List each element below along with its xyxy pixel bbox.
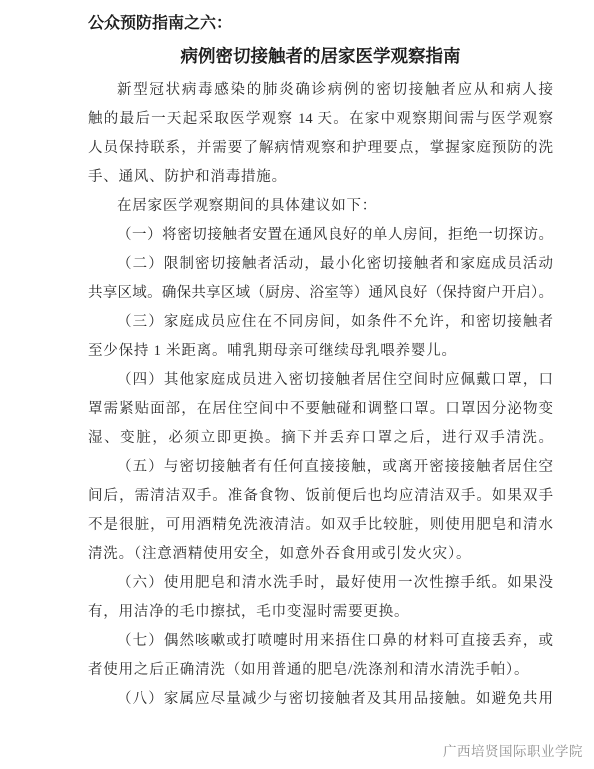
text-line: （三）家庭成员应住在不同房间，如条件不允许，和密切接触者 (88, 308, 553, 337)
guide-series-heading: 公众预防指南之六： (88, 15, 553, 33)
text-line: 间后，需清洁双手。准备食物、饭前便后也均应清洁双手。如果双手 (88, 482, 553, 511)
text-line: 触的最后一天起采取医学观察 14 天。在家中观察期间需与医学观察 (88, 105, 553, 134)
text-line: （七）偶然咳嗽或打喷嚏时用来捂住口鼻的材料可直接丢弃，或 (88, 627, 553, 656)
text-line: 罩需紧贴面部，在居住空间中不要触碰和调整口罩。口罩因分泌物变 (88, 395, 553, 424)
text-line: 有，用洁净的毛巾擦拭，毛巾变湿时需要更换。 (88, 598, 553, 627)
text-line: 清洗。（注意酒精使用安全，如意外吞食用或引发火灾）。 (88, 540, 553, 569)
text-line: 不是很脏，可用酒精免洗液清洁。如双手比较脏，则使用肥皂和清水 (88, 511, 553, 540)
watermark: 广西培贤国际职业学院 (443, 740, 583, 760)
text-line: （八）家属应尽量减少与密切接触者及其用品接触。如避免共用 (88, 685, 553, 714)
document-body: 新型冠状病毒感染的肺炎确诊病例的密切接触者应从和病人接触的最后一天起采取医学观察… (88, 76, 553, 714)
text-line: （一）将密切接触者安置在通风良好的单人房间，拒绝一切探访。 (88, 221, 553, 250)
text-line: 湿、变脏，必须立即更换。摘下并丢弃口罩之后，进行双手清洗。 (88, 424, 553, 453)
text-line: 至少保持 1 米距离。哺乳期母亲可继续母乳喂养婴儿。 (88, 337, 553, 366)
text-line: （六）使用肥皂和清水洗手时，最好使用一次性擦手纸。如果没 (88, 569, 553, 598)
text-line: （五）与密切接触者有任何直接接触，或离开密接接触者居住空 (88, 453, 553, 482)
text-line: 新型冠状病毒感染的肺炎确诊病例的密切接触者应从和病人接 (88, 76, 553, 105)
document-page: 公众预防指南之六： 病例密切接触者的居家医学观察指南 新型冠状病毒感染的肺炎确诊… (0, 0, 594, 769)
text-line: 共享区域。确保共享区域（厨房、浴室等）通风良好（保持窗户开启）。 (88, 279, 553, 308)
text-line: 手、通风、防护和消毒措施。 (88, 163, 553, 192)
document-content: 公众预防指南之六： 病例密切接触者的居家医学观察指南 新型冠状病毒感染的肺炎确诊… (88, 0, 553, 714)
text-line: （四）其他家庭成员进入密切接触者居住空间时应佩戴口罩，口 (88, 366, 553, 395)
document-title: 病例密切接触者的居家医学观察指南 (88, 47, 553, 66)
text-line: 在居家医学观察期间的具体建议如下： (88, 192, 553, 221)
text-line: （二）限制密切接触者活动，最小化密切接触者和家庭成员活动 (88, 250, 553, 279)
text-line: 者使用之后正确清洗（如用普通的肥皂/洗涤剂和清水清洗手帕）。 (88, 656, 553, 685)
text-line: 人员保持联系，并需要了解病情观察和护理要点，掌握家庭预防的洗 (88, 134, 553, 163)
